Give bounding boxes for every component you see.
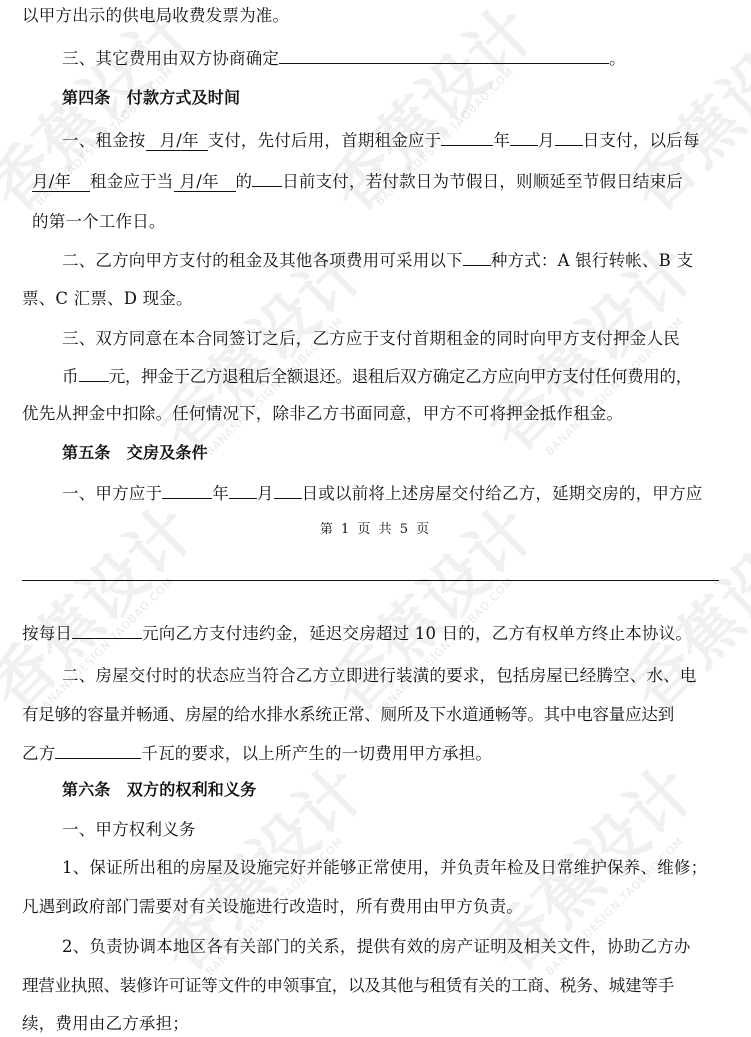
paragraph-line: 二、房屋交付时的状态应当符合乙方立即进行装潢的要求，包括房屋已经腾空、水、电 xyxy=(0,666,751,686)
blank-handover-month[interactable] xyxy=(229,498,257,499)
paragraph-line: 1、保证所出租的房屋及设施完好并能够正常使用，并负责年检及日常维护保养、维修； xyxy=(0,858,751,878)
article-5-heading: 第五条 交房及条件 xyxy=(0,443,751,463)
watermark-logo: 香蕉设计 xyxy=(305,0,551,229)
blank-period-each[interactable]: 月/年 xyxy=(32,173,90,192)
paragraph-line: 以甲方出示的供电局收费发票为准。 xyxy=(0,6,751,26)
paragraph-line: 币元，押金于乙方退租后全额退还。退租后双方确定乙方应向甲方支付任何费用的， xyxy=(0,367,751,387)
blank-handover-day[interactable] xyxy=(274,498,302,499)
paragraph-line: 二、乙方向甲方支付的租金及其他各项费用可采用以下种方式：A 银行转帐、B 支 xyxy=(0,251,751,271)
paragraph-line: 一、租金按月/年支付，先付后用，首期租金应于年月日支付，以后每 xyxy=(0,131,751,151)
paragraph-line: 2、负责协调本地区各有关部门的关系，提供有效的房产证明及相关文件，协助乙方办 xyxy=(0,937,751,957)
blank-other-fees[interactable] xyxy=(279,63,609,64)
paragraph-other-fees: 三、其它费用由双方协商确定。 xyxy=(0,49,751,69)
blank-deposit-amount[interactable] xyxy=(79,381,109,382)
watermark-logo: 香蕉设计 xyxy=(605,0,751,229)
article-6-heading: 第六条 双方的权利和义务 xyxy=(0,780,751,800)
page-number-footer: 第 1 页 共 5 页 xyxy=(0,520,751,540)
blank-year[interactable] xyxy=(441,145,493,146)
blank-due-day[interactable] xyxy=(252,186,282,187)
paragraph-line: 理营业执照、装修许可证等文件的申领事宜，以及其他与租赁有关的工商、税务、城建等手 xyxy=(0,976,751,996)
paragraph-line: 续，费用由乙方承担； xyxy=(0,1014,751,1034)
watermark-url: BANANADESIGN.TAOBAO.COM xyxy=(373,575,516,718)
paragraph-line: 月/年租金应于当月/年的日前支付，若付款日为节假日，则顺延至节假日结束后 xyxy=(0,172,751,192)
paragraph-line: 优先从押金中扣除。任何情况下，除非乙方书面同意，甲方不可将押金抵作租金。 xyxy=(0,404,751,424)
paragraph-line: 三、双方同意在本合同签订之后，乙方应于支付首期租金的同时向甲方支付押金人民 xyxy=(0,329,751,349)
blank-month[interactable] xyxy=(510,145,538,146)
blank-period-current[interactable]: 月/年 xyxy=(174,173,236,192)
paragraph-line: 按每日元向乙方支付违约金，延迟交房超过 10 日的，乙方有权单方终止本协议。 xyxy=(0,624,751,644)
blank-payment-methods[interactable] xyxy=(463,265,491,266)
blank-day[interactable] xyxy=(555,145,583,146)
paragraph-line: 有足够的容量并畅通、房屋的给水排水系统正常、厕所及下水道通畅等。其中电容量应达到 xyxy=(0,705,751,725)
paragraph-line: 票、C 汇票、D 现金。 xyxy=(0,289,751,309)
paragraph-line: 的第一个工作日。 xyxy=(0,212,751,232)
article-4-heading: 第四条 付款方式及时间 xyxy=(0,88,751,108)
watermark-logo: 香蕉设计 xyxy=(0,0,211,229)
blank-daily-penalty[interactable] xyxy=(72,638,142,639)
watermark-url: BANANADESIGN.TAOBAO.COM xyxy=(33,575,176,718)
section-heading-party-a: 一、甲方权利义务 xyxy=(0,820,751,840)
paragraph-line: 一、甲方应于年月日或以前将上述房屋交付给乙方，延期交房的，甲方应 xyxy=(0,484,751,504)
page-separator xyxy=(22,580,719,581)
paragraph-line: 乙方千瓦的要求，以上所产生的一切费用甲方承担。 xyxy=(0,744,751,764)
blank-power-capacity[interactable] xyxy=(55,758,141,759)
paragraph-line: 凡遇到政府部门需要对有关设施进行改造时，所有费用由甲方负责。 xyxy=(0,897,751,917)
blank-handover-year[interactable] xyxy=(162,498,212,499)
blank-rent-period[interactable]: 月/年 xyxy=(146,132,208,151)
